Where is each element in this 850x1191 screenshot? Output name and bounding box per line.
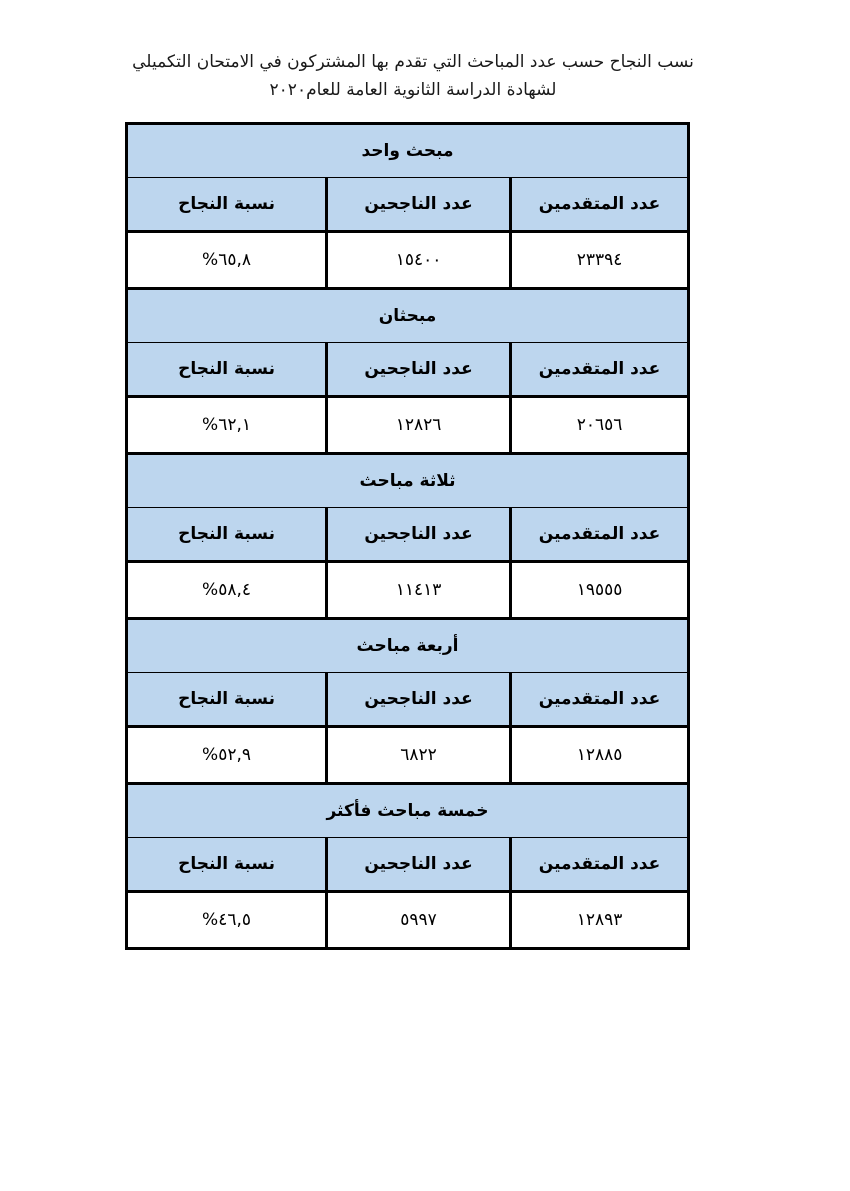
column-header-row: عدد المتقدمينعدد الناجحيننسبة النجاح <box>127 838 689 892</box>
pass-rate-value: %٤٦,٥ <box>127 892 327 949</box>
data-row: ١٩٥٥٥١١٤١٣%٥٨,٤ <box>127 562 689 619</box>
column-header-applicants: عدد المتقدمين <box>511 343 689 397</box>
section-title-row: ثلاثة مباحث <box>127 454 689 508</box>
data-row: ٢٠٦٥٦١٢٨٢٦%٦٢,١ <box>127 397 689 454</box>
column-header-applicants: عدد المتقدمين <box>511 508 689 562</box>
document-title-line-2: لشهادة الدراسة الثانوية العامة للعام٢٠٢٠ <box>118 76 708 104</box>
passed-value: ١٢٨٢٦ <box>327 397 511 454</box>
section-title: مبحث واحد <box>127 124 689 178</box>
column-header-passed: عدد الناجحين <box>327 508 511 562</box>
column-header-pass-rate: نسبة النجاح <box>127 838 327 892</box>
column-header-applicants: عدد المتقدمين <box>511 673 689 727</box>
pass-rate-value: %٥٢,٩ <box>127 727 327 784</box>
column-header-applicants: عدد المتقدمين <box>511 838 689 892</box>
column-header-row: عدد المتقدمينعدد الناجحيننسبة النجاح <box>127 343 689 397</box>
data-row: ١٢٨٨٥٦٨٢٢%٥٢,٩ <box>127 727 689 784</box>
column-header-pass-rate: نسبة النجاح <box>127 673 327 727</box>
column-header-row: عدد المتقدمينعدد الناجحيننسبة النجاح <box>127 673 689 727</box>
column-header-passed: عدد الناجحين <box>327 838 511 892</box>
data-row: ٢٣٣٩٤١٥٤٠٠%٦٥,٨ <box>127 232 689 289</box>
column-header-pass-rate: نسبة النجاح <box>127 343 327 397</box>
section-title-row: مبحث واحد <box>127 124 689 178</box>
applicants-value: ١٩٥٥٥ <box>511 562 689 619</box>
pass-rate-value: %٦٥,٨ <box>127 232 327 289</box>
document-page: نسب النجاح حسب عدد المباحث التي تقدم بها… <box>0 0 850 1191</box>
section-title: خمسة مباحث فأكثر <box>127 784 689 838</box>
section-title: أربعة مباحث <box>127 619 689 673</box>
column-header-passed: عدد الناجحين <box>327 343 511 397</box>
applicants-value: ١٢٨٩٣ <box>511 892 689 949</box>
section-title: مبحثان <box>127 289 689 343</box>
section-title-row: خمسة مباحث فأكثر <box>127 784 689 838</box>
column-header-row: عدد المتقدمينعدد الناجحيننسبة النجاح <box>127 178 689 232</box>
passed-value: ١١٤١٣ <box>327 562 511 619</box>
data-row: ١٢٨٩٣٥٩٩٧%٤٦,٥ <box>127 892 689 949</box>
column-header-passed: عدد الناجحين <box>327 673 511 727</box>
section-title-row: مبحثان <box>127 289 689 343</box>
column-header-row: عدد المتقدمينعدد الناجحيننسبة النجاح <box>127 508 689 562</box>
passed-value: ٦٨٢٢ <box>327 727 511 784</box>
applicants-value: ١٢٨٨٥ <box>511 727 689 784</box>
column-header-passed: عدد الناجحين <box>327 178 511 232</box>
section-title: ثلاثة مباحث <box>127 454 689 508</box>
column-header-pass-rate: نسبة النجاح <box>127 508 327 562</box>
pass-rate-value: %٦٢,١ <box>127 397 327 454</box>
applicants-value: ٢٠٦٥٦ <box>511 397 689 454</box>
pass-rates-table: مبحث واحدعدد المتقدمينعدد الناجحيننسبة ا… <box>125 122 690 950</box>
passed-value: ٥٩٩٧ <box>327 892 511 949</box>
document-title: نسب النجاح حسب عدد المباحث التي تقدم بها… <box>118 48 708 104</box>
section-title-row: أربعة مباحث <box>127 619 689 673</box>
column-header-pass-rate: نسبة النجاح <box>127 178 327 232</box>
applicants-value: ٢٣٣٩٤ <box>511 232 689 289</box>
passed-value: ١٥٤٠٠ <box>327 232 511 289</box>
document-title-line-1: نسب النجاح حسب عدد المباحث التي تقدم بها… <box>118 48 708 76</box>
column-header-applicants: عدد المتقدمين <box>511 178 689 232</box>
pass-rates-table-body: مبحث واحدعدد المتقدمينعدد الناجحيننسبة ا… <box>127 124 689 949</box>
pass-rate-value: %٥٨,٤ <box>127 562 327 619</box>
